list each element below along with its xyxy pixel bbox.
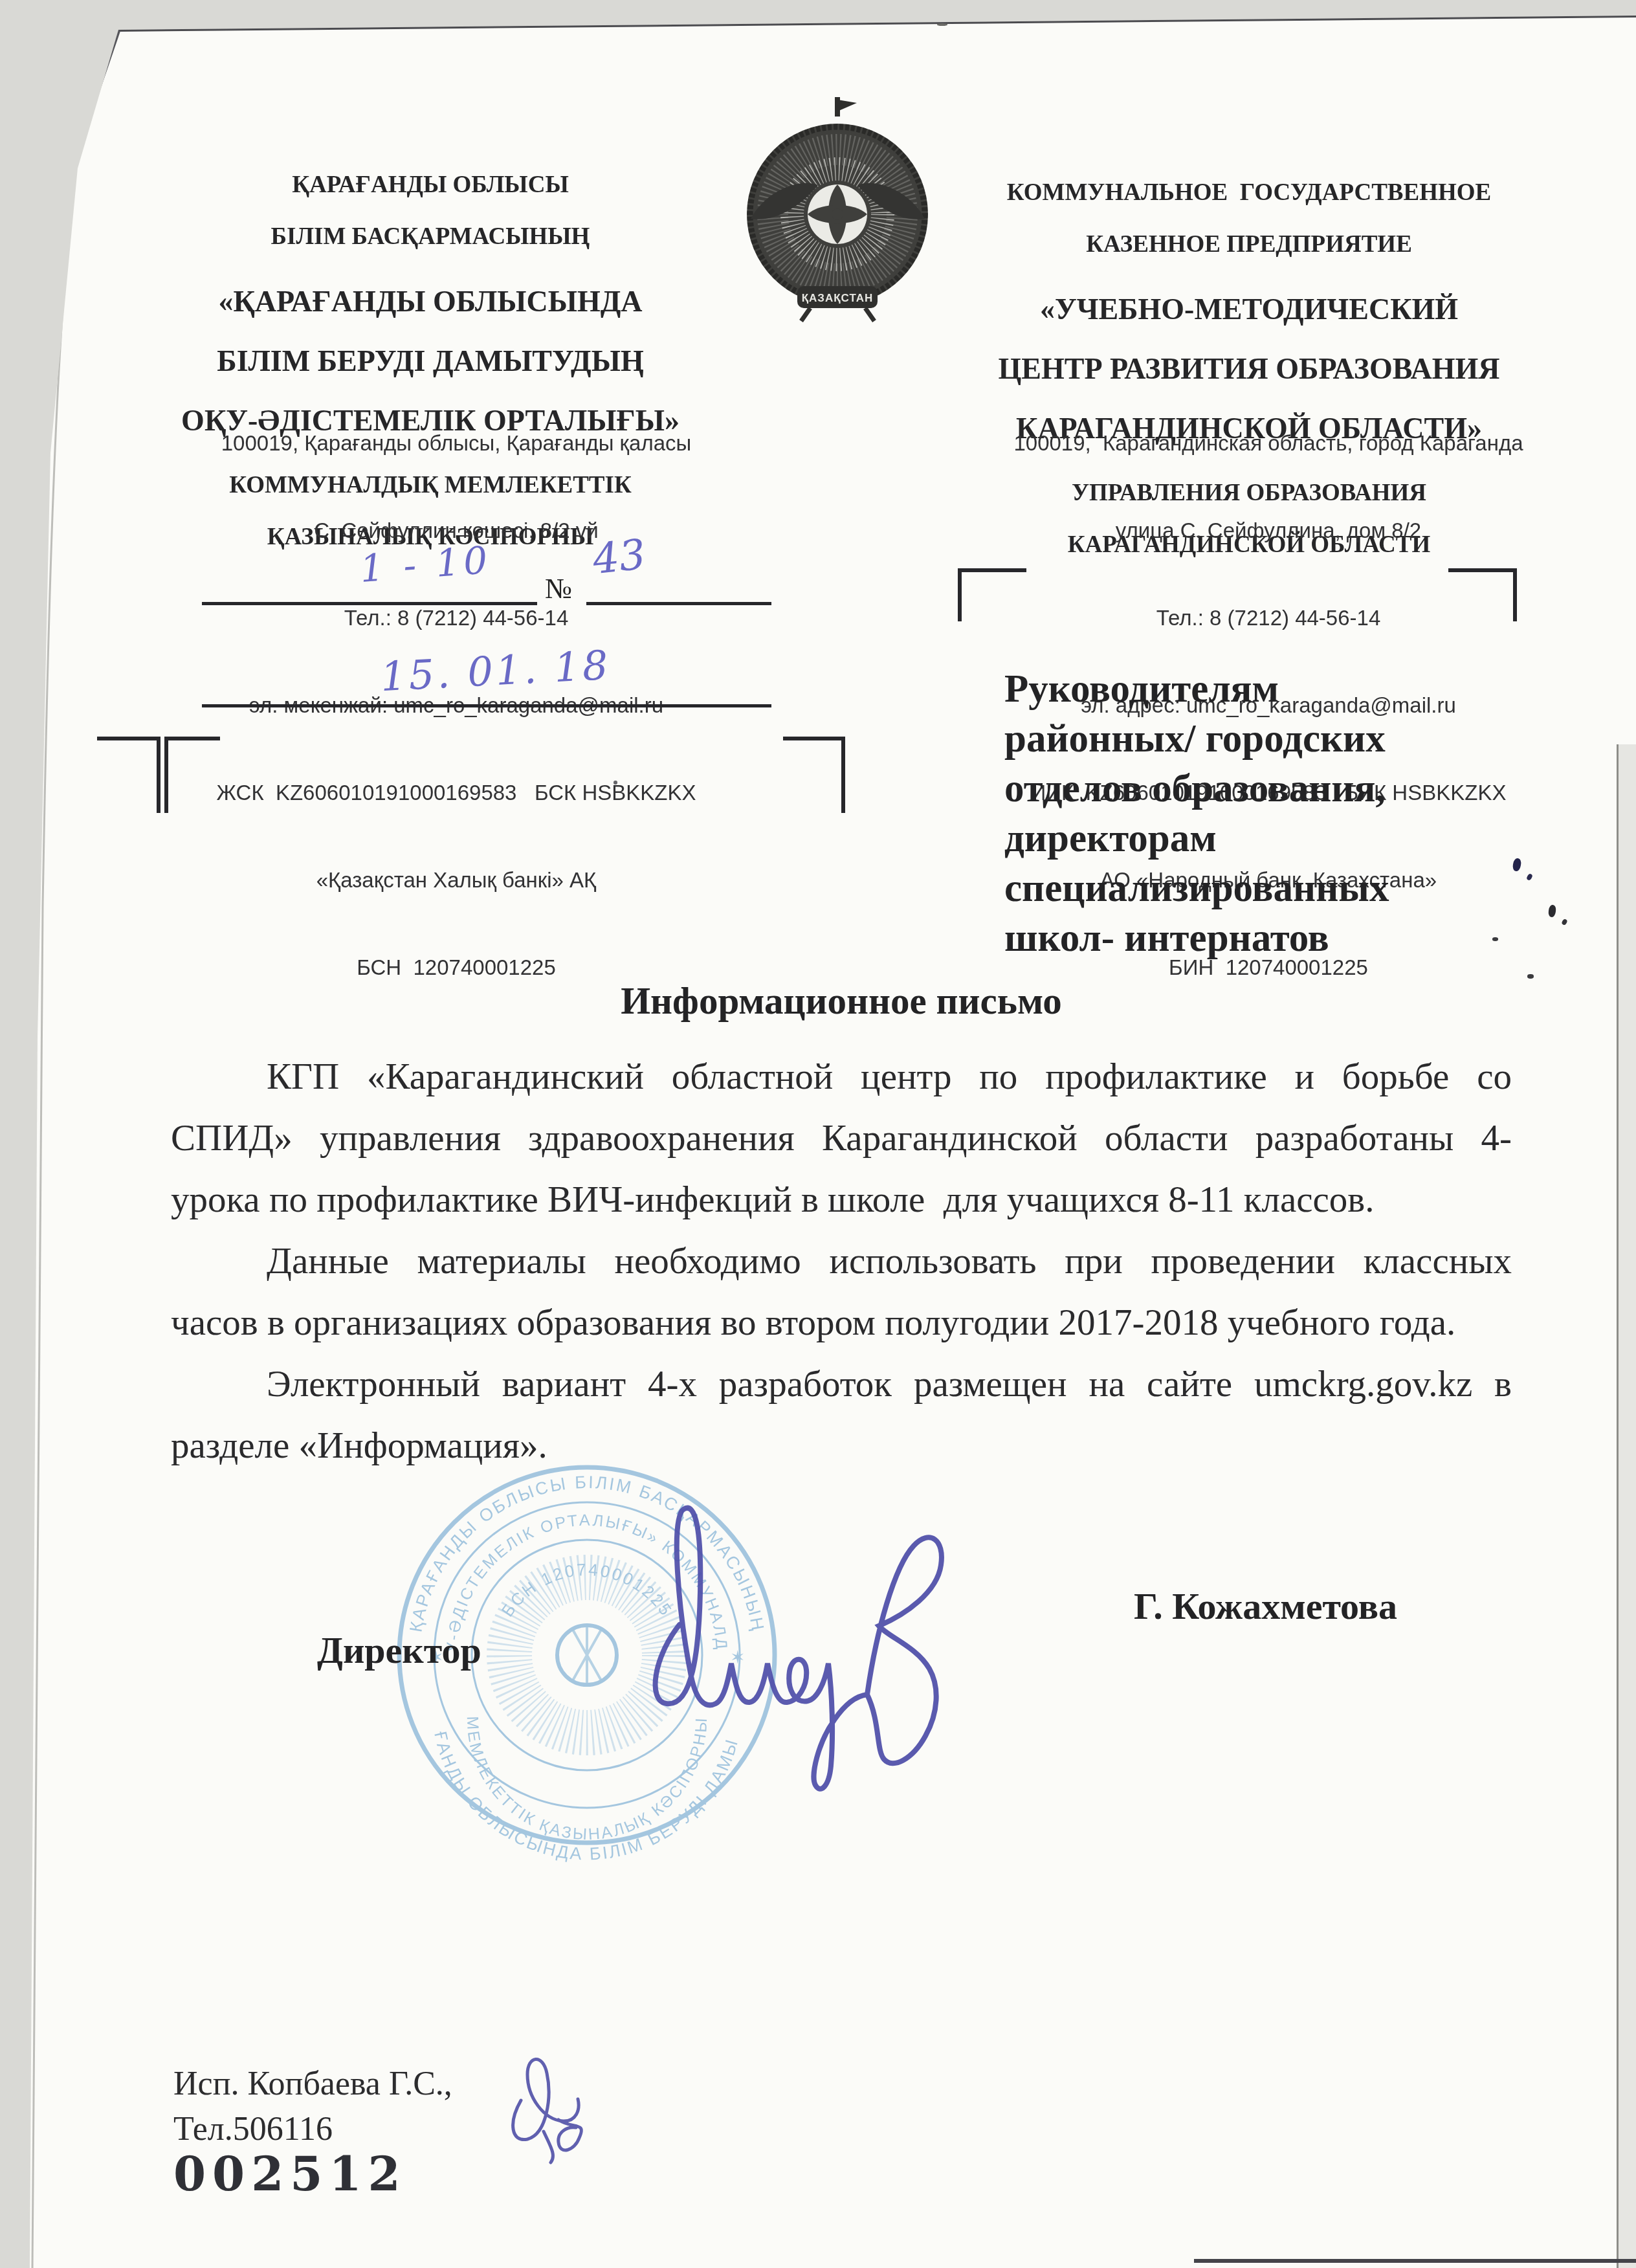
body-line: КГП «Карагандинский областной центр по п… — [171, 1046, 1512, 1107]
address-line: ЖСК KZ606010191000169583 БСК HSBKKZKX — [207, 778, 705, 807]
emblem-banner-text: ҚАЗАҚСТАН — [802, 292, 874, 304]
director-signature — [602, 1463, 990, 1825]
address-line: 100019, Карагандинская область, город Ка… — [1010, 428, 1527, 458]
letterhead-line: ҚАРАҒАНДЫ ОБЛЫСЫ — [168, 171, 692, 199]
bottom-edge-shadow — [1194, 2259, 1636, 2263]
body-line: урока по профилактике ВИЧ-инфекций в шко… — [171, 1169, 1512, 1230]
body-line: СПИД» управления здравоохранения Караган… — [171, 1107, 1512, 1169]
corner-mark — [164, 737, 220, 813]
corner-mark — [958, 568, 1026, 621]
letterhead-line: «ҚАРАҒАНДЫ ОБЛЫСЫНДА — [168, 283, 692, 320]
signer-position: Директор — [317, 1629, 481, 1672]
signer-name: Г. Кожахметова — [1134, 1584, 1397, 1628]
recipient-block: Руководителям районных/ городских отдело… — [1004, 664, 1419, 963]
ink-speck — [1492, 937, 1498, 941]
scan-speck — [937, 23, 947, 26]
number-sign: № — [545, 572, 572, 605]
letter-body: КГП «Карагандинский областной центр по п… — [171, 1046, 1512, 1476]
ref-date-line — [202, 704, 771, 707]
executor-line: Исп. Копбаева Г.С., — [173, 2065, 452, 2103]
corner-mark — [97, 737, 160, 813]
right-edge-shadow — [1617, 744, 1636, 2268]
ink-speck — [1527, 974, 1534, 979]
letter-title: Информационное письмо — [171, 979, 1512, 1023]
letterhead-line: КАЗЕННОЕ ПРЕДПРИЯТИЕ — [971, 230, 1527, 259]
ink-speck — [613, 781, 617, 784]
paper-sheet: ҚАРАҒАНДЫ ОБЛЫСЫ БІЛІМ БАСҚАРМАСЫНЫҢ «ҚА… — [0, 0, 1636, 2268]
body-line: Данные материалы необходимо использовать… — [171, 1230, 1512, 1292]
address-line: БСН 120740001225 — [207, 953, 705, 982]
scanned-letter: ҚАРАҒАНДЫ ОБЛЫСЫ БІЛІМ БАСҚАРМАСЫНЫҢ «ҚА… — [0, 0, 1636, 2268]
recipient-line: директорам — [1004, 814, 1419, 863]
recipient-line: районных/ городских — [1004, 714, 1419, 764]
executor-signature — [482, 2023, 618, 2165]
recipient-line: специализированных — [1004, 863, 1419, 913]
handwritten-outgoing-index: 1 - 10 — [359, 538, 492, 591]
kazakhstan-emblem: ҚАЗАҚСТАН — [746, 94, 930, 322]
corner-mark — [783, 737, 845, 813]
address-line: «Қазақстан Халық банкі» АҚ — [207, 865, 705, 895]
handwritten-outgoing-number: 43 — [590, 531, 648, 584]
body-line: часов в организациях образования во втор… — [171, 1292, 1512, 1353]
ref-number-line — [586, 602, 771, 605]
address-line: Тел.: 8 (7212) 44-56-14 — [207, 603, 705, 632]
corner-mark — [1448, 568, 1517, 621]
ref-index-line — [202, 602, 537, 605]
address-line: 100019, Қарағанды облысы, Қарағанды қала… — [207, 428, 705, 458]
executor-phone: Тел.506116 — [173, 2110, 333, 2148]
recipient-line: школ- интернатов — [1004, 913, 1419, 963]
letterhead-line: КОММУНАЛЬНОЕ ГОСУДАРСТВЕННОЕ — [971, 179, 1527, 207]
form-number-stamp: 002512 — [173, 2146, 407, 2201]
address-line: улица С. Сейфуллина, дом 8/2 — [1010, 516, 1527, 545]
recipient-line: отделов образования, — [1004, 764, 1419, 814]
letterhead-line: «УЧЕБНО-МЕТОДИЧЕСКИЙ — [971, 291, 1527, 328]
letterhead-line: БІЛІМ БАСҚАРМАСЫНЫҢ — [168, 223, 692, 251]
body-line: Электронный вариант 4-х разработок разме… — [171, 1353, 1512, 1415]
recipient-line: Руководителям — [1004, 664, 1419, 714]
